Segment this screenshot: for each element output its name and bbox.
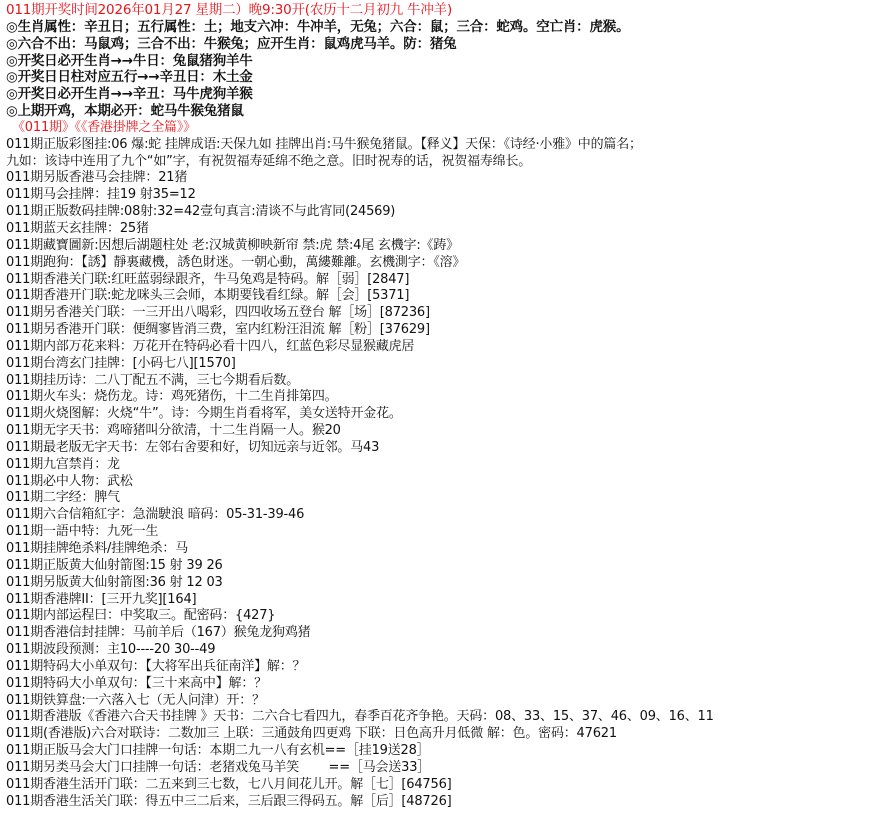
- content-line: 011期正版彩图挂:06 爆:蛇 挂牌成语:天保九如 挂牌出肖:马牛猴兔猪鼠。【…: [6, 137, 886, 154]
- attribute-line-five-elements: ◎开奖日日柱对应五行→→辛丑日：木土金: [6, 69, 886, 86]
- content-line: 011期挂历诗：二八丁配五不满，三七今期看后数。: [6, 373, 886, 390]
- attribute-line-previous-draw: ◎上期开鸡，本期必开：蛇马牛猴兔猪鼠: [6, 103, 886, 120]
- content-line: 011期波段预测：主10----20 30--49: [6, 642, 886, 659]
- attribute-line-combinations: ◎六合不出：马鼠鸡；三合不出：牛猴兔；应开生肖：鼠鸡虎马羊。防：猪兔: [6, 36, 886, 53]
- content-line: 011期另版黄大仙射箭图:36 射 12 03: [6, 575, 886, 592]
- content-line: 011期藏寶圖新:因想后湖题柱处 老:汉城黄柳映新帘 禁:虎 禁:4尾 玄機字:…: [6, 238, 886, 255]
- attribute-line-must-open-ox: ◎开奖日必开生肖→→牛日：兔鼠猪狗羊牛: [6, 53, 886, 70]
- content-line: 011期特码大小单双句：【大将军出兵征南洋】解：？: [6, 659, 886, 676]
- content-line: 011期马会挂牌：挂19 射35=12: [6, 187, 886, 204]
- content-line: 011期火车头：烧伤龙。诗：鸡死猪伤，十二生肖排第四。: [6, 389, 886, 406]
- content-line: 011期内部万花来料：万花开在特码必看十四八，红蓝色彩尽显猴藏虎居: [6, 339, 886, 356]
- content-line: 011期香港信封挂牌：马前羊后（167）猴兔龙狗鸡猪: [6, 625, 886, 642]
- content-line: 011期另版香港马会挂牌：21猪: [6, 170, 886, 187]
- content-line: 011期一語中特：九死一生: [6, 524, 886, 541]
- attribute-line-must-open-xinchou: ◎开奖日必开生肖→→辛丑：马牛虎狗羊猴: [6, 86, 886, 103]
- content-line: 011期六合信箱紅字：急湍駛浪 暗码：05-31-39-46: [6, 507, 886, 524]
- content-line: 011期正版马会大门口挂牌一句话：本期二九一八有玄机==［挂19送28］: [6, 743, 886, 760]
- content-line: 011期必中人物：武松: [6, 474, 886, 491]
- content-line: 011期另类马会大门口挂牌一句话：老猪戏兔马羊笑 ==［马会送33］: [6, 760, 886, 777]
- section-title: 《011期》《《香港掛牌之全篇》》: [6, 120, 886, 137]
- content-line: 011期内部运程曰：中奖取三。配密码：{427}: [6, 608, 886, 625]
- content-line: 011期跑狗：【誘】靜裏藏機，誘色財迷。一朝心動，萬縷難離。玄機測字：《溶》: [6, 255, 886, 272]
- content-line: 011期蓝天玄挂牌：25猪: [6, 221, 886, 238]
- content-line: 011期另香港开门联：便绸寥皆消三费，室内红粉汪泪流 解［粉］[37629]: [6, 322, 886, 339]
- content-line: 011期台湾玄门挂牌：[小码七八][1570]: [6, 356, 886, 373]
- content-line: 011期香港生活关门联：得五中三二后来，三后跟三得码五。解［后］[48726]: [6, 794, 886, 811]
- content-line: 011期最老版无字天书：左邻右舍要和好，切知远亲与近邻。马43: [6, 440, 886, 457]
- content-line: 011期无字天书：鸡啼猪叫分欲清，十二生肖隔一人。猴20: [6, 423, 886, 440]
- content-line: 011期挂牌绝杀料/挂牌绝杀：马: [6, 541, 886, 558]
- draw-time-header: 011期开奖时间2026年01月27 星期二）晚9:30开(农历十二月初九 牛冲…: [6, 2, 886, 19]
- content-line: 九如：该诗中连用了九个“如”字，有祝贺福寿延绵不绝之意。旧时祝寿的话，祝贺福寿绵…: [6, 154, 886, 171]
- content-line: 011期香港开门联:蛇龙咪头三会师，本期要钱看红绿。解［会］[5371]: [6, 288, 886, 305]
- content-line: 011期火烧图解：火烧“牛”。诗：今期生肖看将军，美女送特开金花。: [6, 406, 886, 423]
- content-line: 011期铁算盘:一六落入七（无人问津）开：？: [6, 693, 886, 710]
- content-line: 011期正版数码挂牌:08射:32=42壹句真言:清谈不与此宵同(24569): [6, 204, 886, 221]
- content-line: 011期另香港关门联：一三开出八喝彩，四四收场五登台 解［场］[87236]: [6, 305, 886, 322]
- content-line: 011期二字经：脾气: [6, 490, 886, 507]
- content-line: 011期香港版《香港六合天书挂牌 》天书：二六合七看四九，春季百花齐争艳。天码：…: [6, 709, 886, 726]
- content-line: 011期特码大小单双句：【三十来高中】解：？: [6, 676, 886, 693]
- content-lines: 011期正版彩图挂:06 爆:蛇 挂牌成语:天保九如 挂牌出肖:马牛猴兔猪鼠。【…: [6, 137, 886, 811]
- content-line: 011期香港牌II：[三开九奖][164]: [6, 592, 886, 609]
- content-line: 011期九宫禁肖：龙: [6, 457, 886, 474]
- attribute-line-zodiac: ◎生肖属性：辛丑日；五行属性：土；地支六冲：牛冲羊，无兔；六合：鼠；三合：蛇鸡。…: [6, 19, 886, 36]
- content-line: 011期正版黄大仙射箭图:15 射 39 26: [6, 558, 886, 575]
- document-page: 011期开奖时间2026年01月27 星期二）晚9:30开(农历十二月初九 牛冲…: [0, 0, 886, 811]
- content-line: 011期(香港版)六合对联诗：二数加三 上联：三通鼓角四更鸡 下联：日色高升月低…: [6, 726, 886, 743]
- content-line: 011期香港关门联:红旺蓝弱绿跟齐，牛马兔鸡是特码。解［弱］[2847]: [6, 272, 886, 289]
- content-line: 011期香港生活开门联：二五来到三七数，七八月间花儿开。解［七］[64756]: [6, 777, 886, 794]
